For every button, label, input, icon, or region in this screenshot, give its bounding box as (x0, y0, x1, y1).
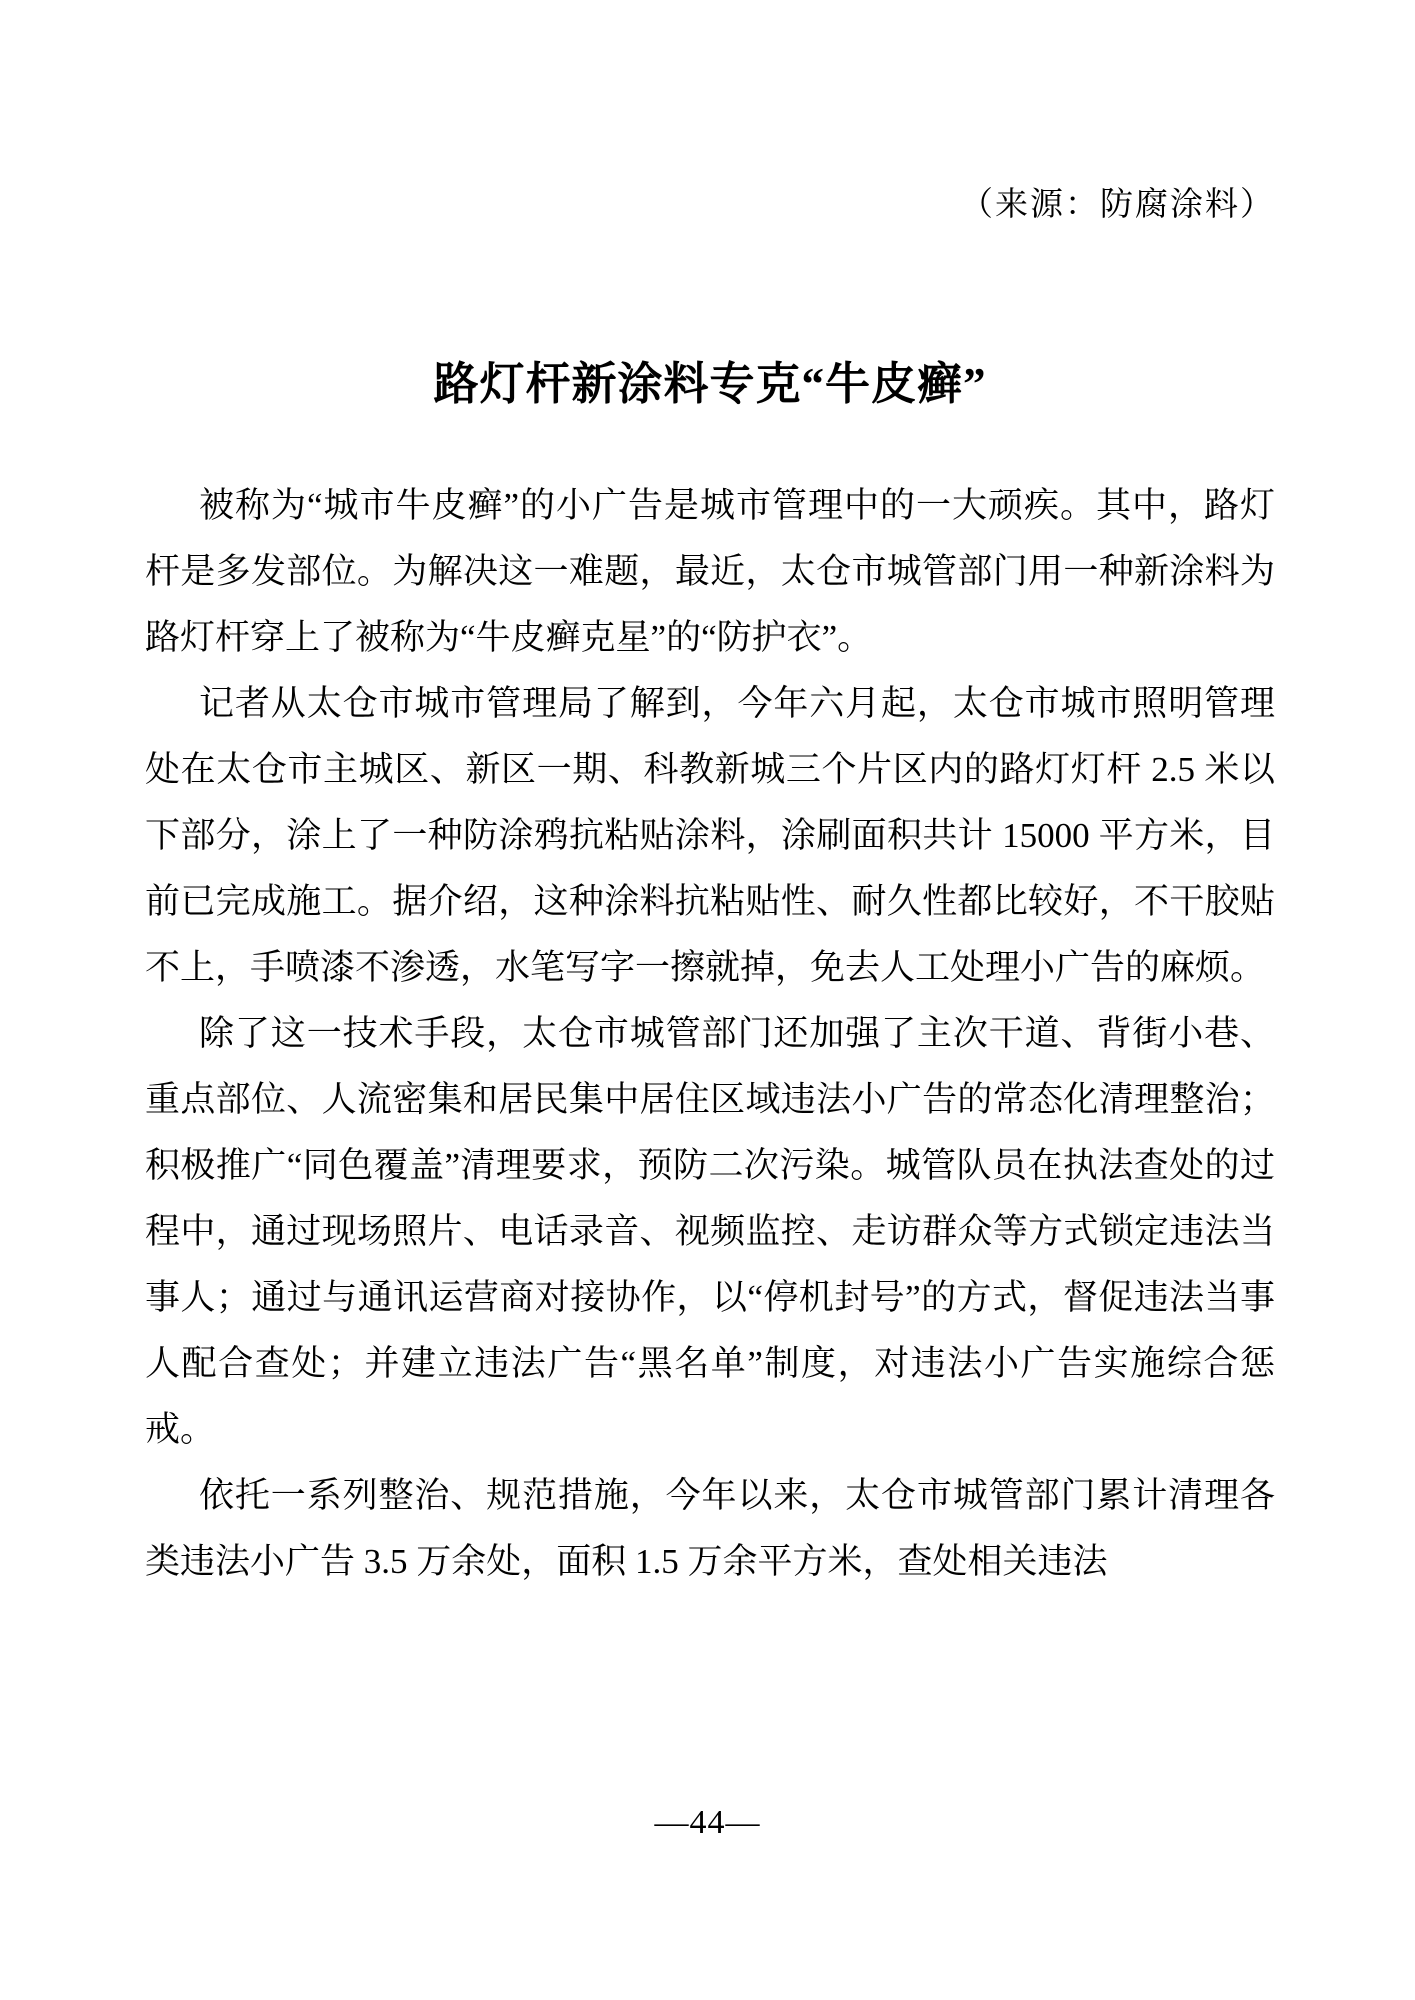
paragraph-coating-details: 记者从太仓市城市管理局了解到，今年六月起，太仓市城市照明管理处在太仓市主城区、新… (145, 671, 1275, 1001)
page-number: —44— (0, 1804, 1415, 1842)
paragraph-results: 依托一系列整治、规范措施，今年以来，太仓市城管部门累计清理各类违法小广告 3.5… (145, 1463, 1275, 1595)
paragraph-intro: 被称为“城市牛皮癣”的小广告是城市管理中的一大顽疾。其中，路灯杆是多发部位。为解… (145, 473, 1275, 671)
article-title: 路灯杆新涂料专克“牛皮癣” (145, 355, 1275, 413)
source-attribution: （来源：防腐涂料） (145, 185, 1275, 225)
paragraph-enforcement-measures: 除了这一技术手段，太仓市城管部门还加强了主次干道、背街小巷、重点部位、人流密集和… (145, 1001, 1275, 1463)
document-page: （来源：防腐涂料） 路灯杆新涂料专克“牛皮癣” 被称为“城市牛皮癣”的小广告是城… (0, 0, 1415, 2000)
